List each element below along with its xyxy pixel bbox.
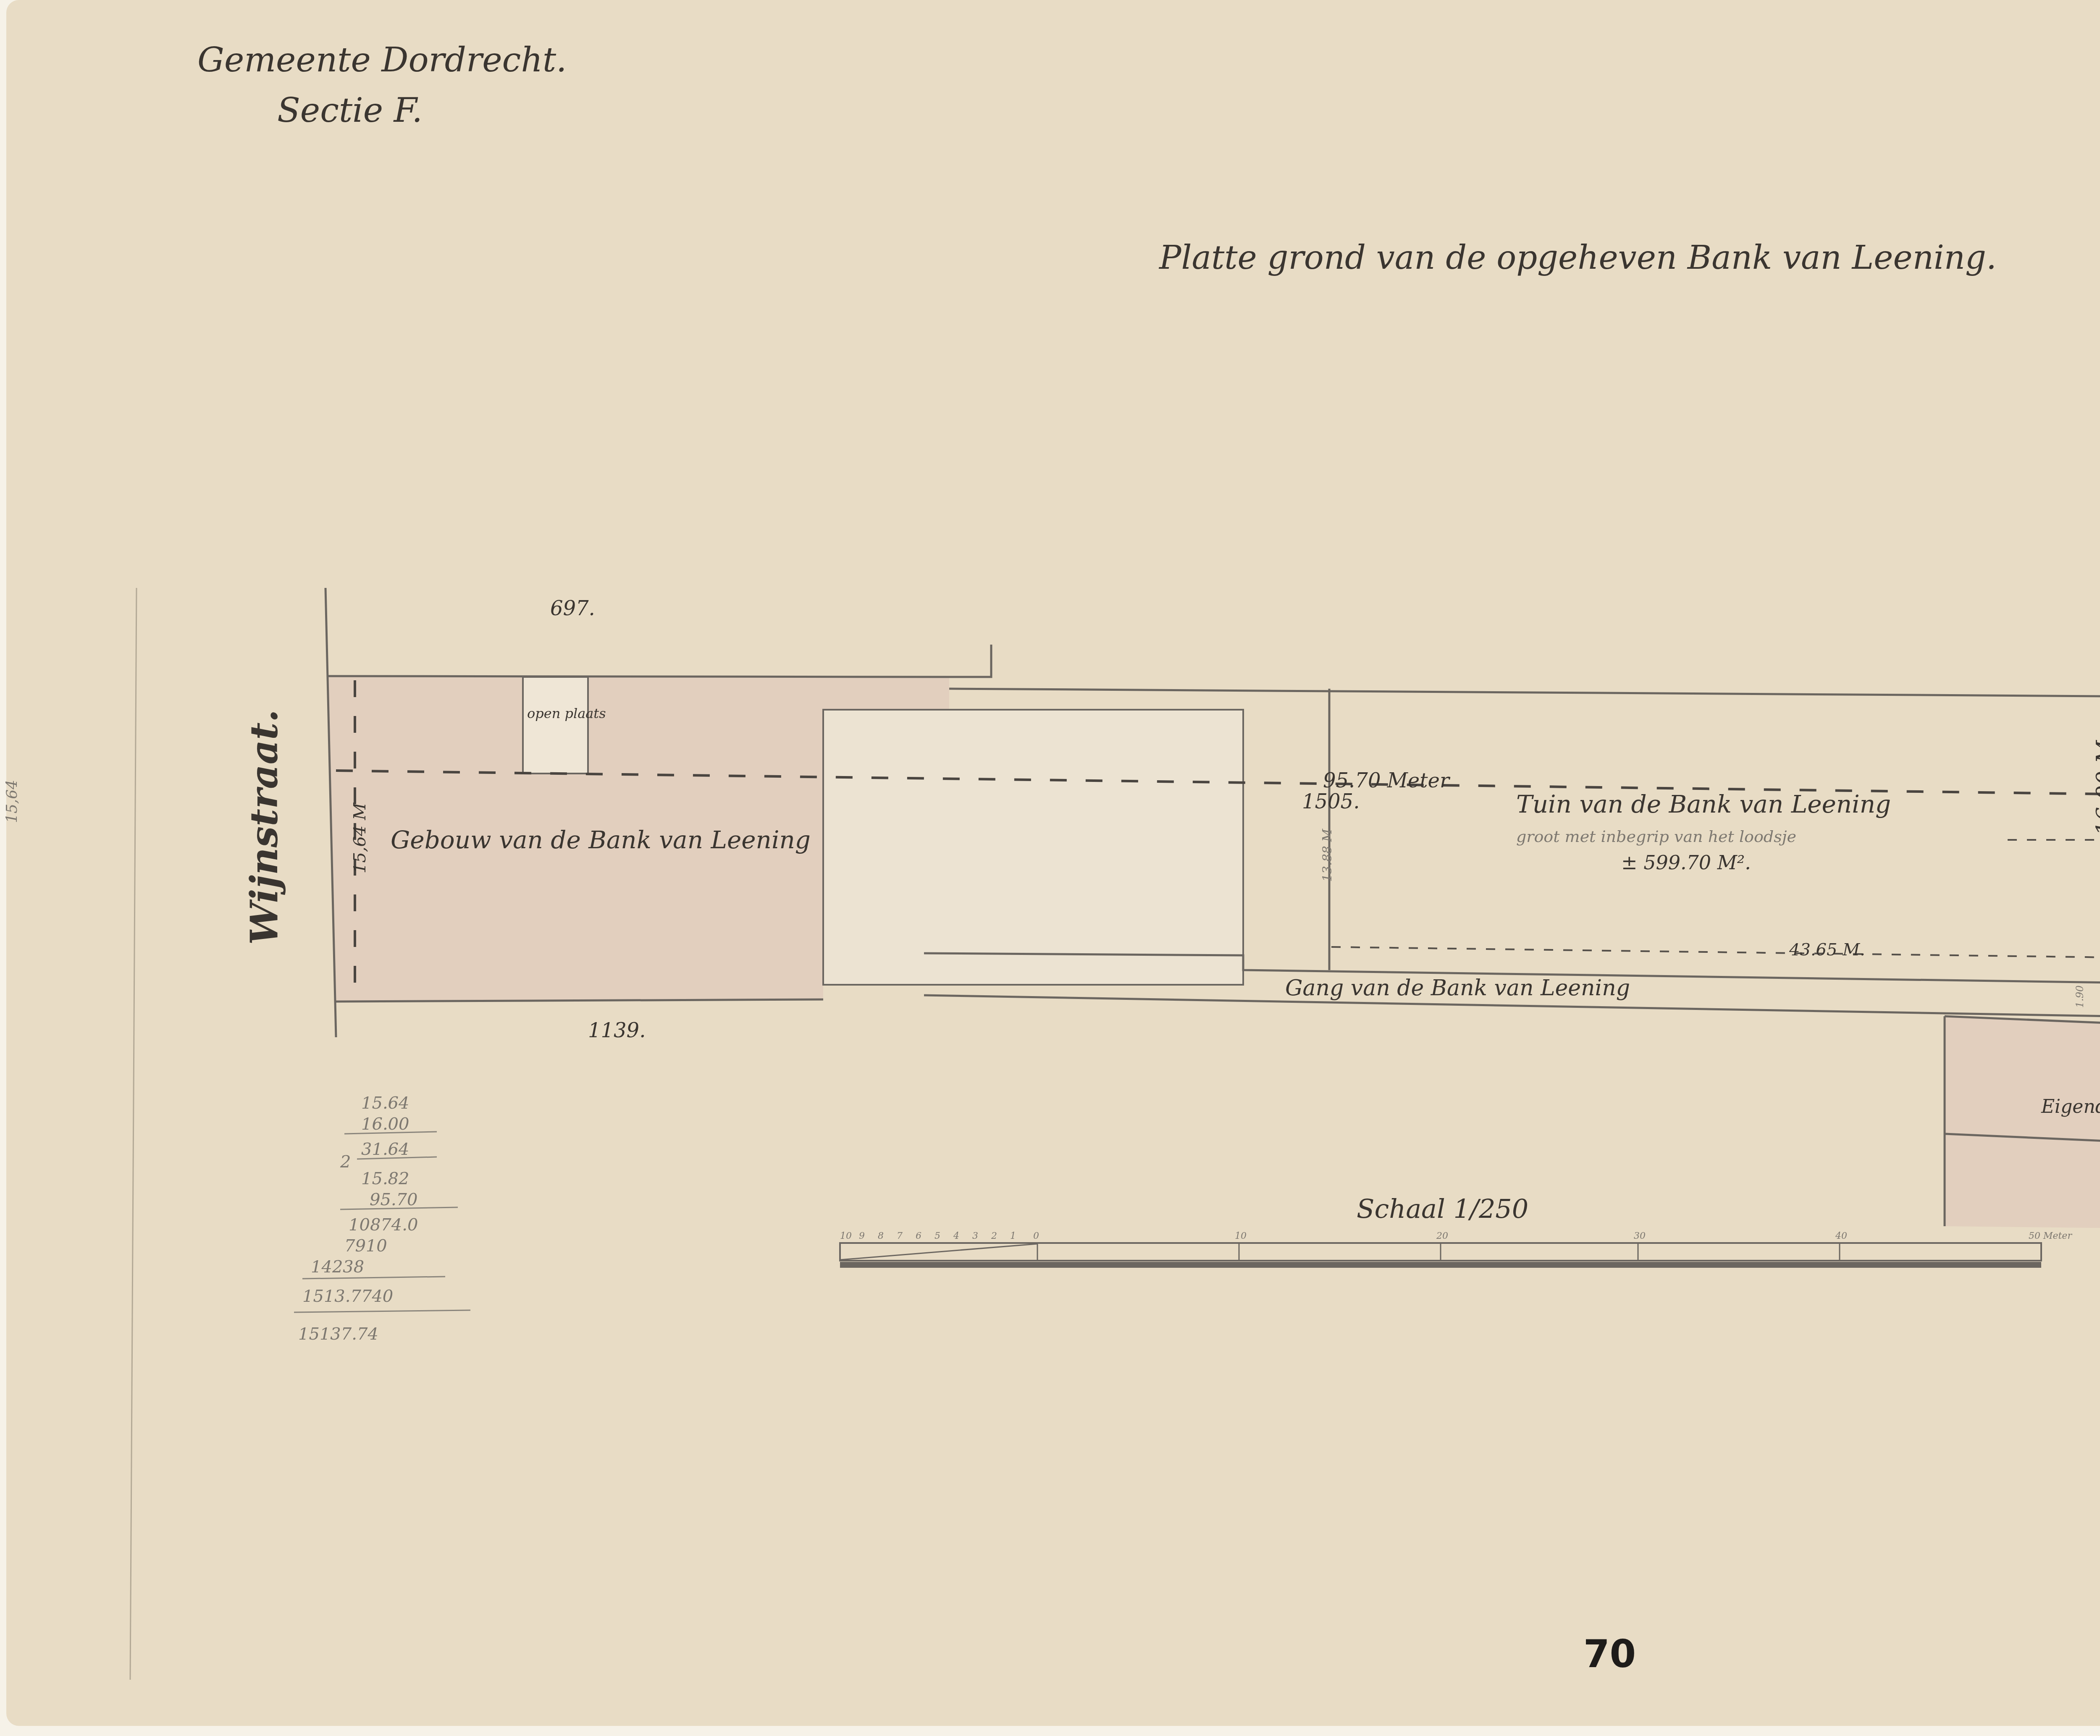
label-open-plaats: open plaats bbox=[527, 705, 606, 721]
municipality-title: Gemeente Dordrecht. bbox=[197, 40, 567, 79]
measure-length-total: 95.70 Meter bbox=[1323, 769, 1451, 792]
svg-text:2: 2 bbox=[991, 1231, 997, 1241]
label-gebouw: Gebouw van de Bank van Leening bbox=[391, 826, 811, 854]
measure-190b: 1.90 bbox=[2074, 986, 2086, 1008]
measure-width-left: 15,64 M bbox=[350, 802, 370, 873]
svg-text:3: 3 bbox=[972, 1231, 978, 1241]
svg-text:95.70: 95.70 bbox=[370, 1190, 418, 1209]
street-wijnstraat: Wijnstraat. bbox=[242, 709, 286, 945]
map-sheet: Gemeente Dordrecht. Sectie F. Platte gro… bbox=[0, 0, 2100, 1736]
sheet-number: 70 bbox=[1583, 1632, 1636, 1676]
svg-text:15137.74: 15137.74 bbox=[298, 1324, 378, 1344]
parcel-703-1138 bbox=[1945, 1016, 2100, 1235]
svg-text:7: 7 bbox=[897, 1231, 903, 1241]
svg-text:1: 1 bbox=[1010, 1231, 1016, 1241]
svg-text:5: 5 bbox=[934, 1231, 940, 1241]
measure-garden-height: 13.88 M bbox=[1320, 829, 1335, 882]
svg-text:2: 2 bbox=[340, 1152, 351, 1172]
label-tuin-area: ± 599.70 M². bbox=[1621, 851, 1751, 874]
svg-text:15.64: 15.64 bbox=[361, 1094, 409, 1113]
parcel-697: 697. bbox=[550, 597, 595, 620]
svg-text:7910: 7910 bbox=[344, 1236, 387, 1256]
measure-garden-bottom: 43.65 M. bbox=[1789, 940, 1865, 960]
svg-text:4: 4 bbox=[953, 1231, 959, 1241]
svg-text:30: 30 bbox=[1634, 1231, 1646, 1241]
label-tuin-note: groot met inbegrip van het loodsje bbox=[1516, 827, 1796, 846]
svg-text:8: 8 bbox=[878, 1231, 884, 1241]
svg-text:6: 6 bbox=[916, 1231, 921, 1241]
svg-text:40: 40 bbox=[1835, 1231, 1847, 1241]
svg-text:10: 10 bbox=[840, 1231, 852, 1241]
label-tuin: Tuin van de Bank van Leening bbox=[1516, 790, 1891, 818]
margin-pencil-note: 15,64 bbox=[3, 780, 21, 823]
svg-text:31.64: 31.64 bbox=[361, 1140, 409, 1159]
owner-703-line1: Eigendom van de Wedᵉ L. C. van Oldenborg… bbox=[2041, 1096, 2100, 1117]
svg-text:1513.7740: 1513.7740 bbox=[302, 1287, 393, 1306]
parcel-1139: 1139. bbox=[588, 1019, 646, 1042]
svg-text:20: 20 bbox=[1436, 1231, 1448, 1241]
svg-text:50 Meter: 50 Meter bbox=[2029, 1231, 2072, 1241]
section-label: Sectie F. bbox=[277, 91, 423, 130]
parcel-1505: 1505. bbox=[1302, 790, 1360, 813]
scale-title: Schaal 1/250 bbox=[1357, 1193, 1528, 1224]
svg-text:10874.0: 10874.0 bbox=[349, 1215, 418, 1235]
svg-text:9: 9 bbox=[859, 1231, 865, 1241]
svg-text:15.82: 15.82 bbox=[361, 1169, 409, 1188]
svg-text:14238: 14238 bbox=[311, 1257, 364, 1277]
map-title: Platte grond van de opgeheven Bank van L… bbox=[1158, 239, 1997, 277]
svg-text:16.00: 16.00 bbox=[361, 1115, 409, 1134]
measure-right-height: 16.00 M. bbox=[2092, 733, 2100, 836]
svg-text:10: 10 bbox=[1235, 1231, 1247, 1241]
svg-text:0: 0 bbox=[1033, 1231, 1039, 1241]
label-gang-bottom: Gang van de Bank van Leening bbox=[1285, 976, 1630, 1001]
